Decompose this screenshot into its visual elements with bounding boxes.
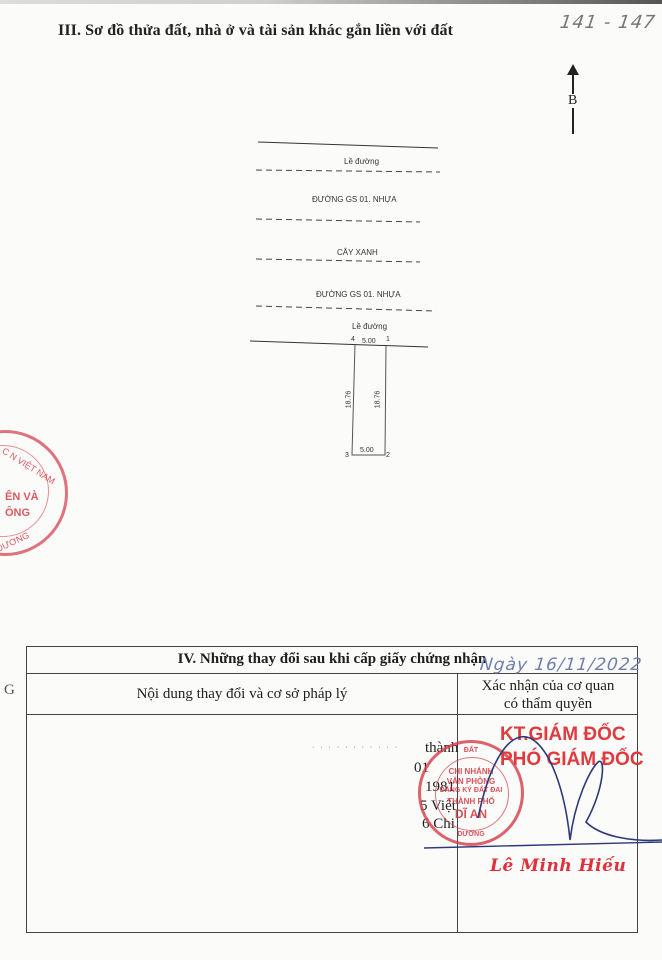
handwritten-signature	[0, 0, 662, 960]
signer-name: Lê Minh Hiếu	[490, 856, 626, 876]
